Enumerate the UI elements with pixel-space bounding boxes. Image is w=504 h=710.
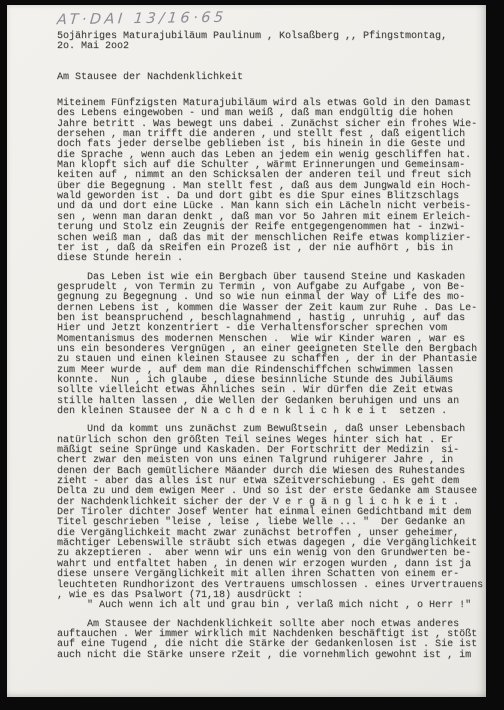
document-header: 5ojähriges Maturajubiläum Paulinum , Kol… xyxy=(57,32,483,53)
body-paragraph-2: Das Leben ist wie ein Bergbach über taus… xyxy=(57,273,483,418)
scanned-page: AT·DAI 13/16·65 5ojähriges Maturajubiläu… xyxy=(7,5,486,697)
body-paragraph-1: Miteinem Fünfzigsten Maturajubiläum wird… xyxy=(57,99,483,265)
typed-text-column: 5ojähriges Maturajubiläum Paulinum , Kol… xyxy=(57,32,483,669)
scan-frame: AT·DAI 13/16·65 5ojähriges Maturajubiläu… xyxy=(0,0,504,710)
handwritten-archive-annotation: AT·DAI 13/16·65 xyxy=(56,10,227,28)
body-paragraph-3: Und da kommt uns zunächst zum Bewußtsein… xyxy=(57,425,483,611)
page-title: Am Stausee der Nachdenklichkeit xyxy=(57,73,483,83)
body-paragraph-4: Am Stausee der Nachdenklichkeit sollte a… xyxy=(57,620,483,661)
